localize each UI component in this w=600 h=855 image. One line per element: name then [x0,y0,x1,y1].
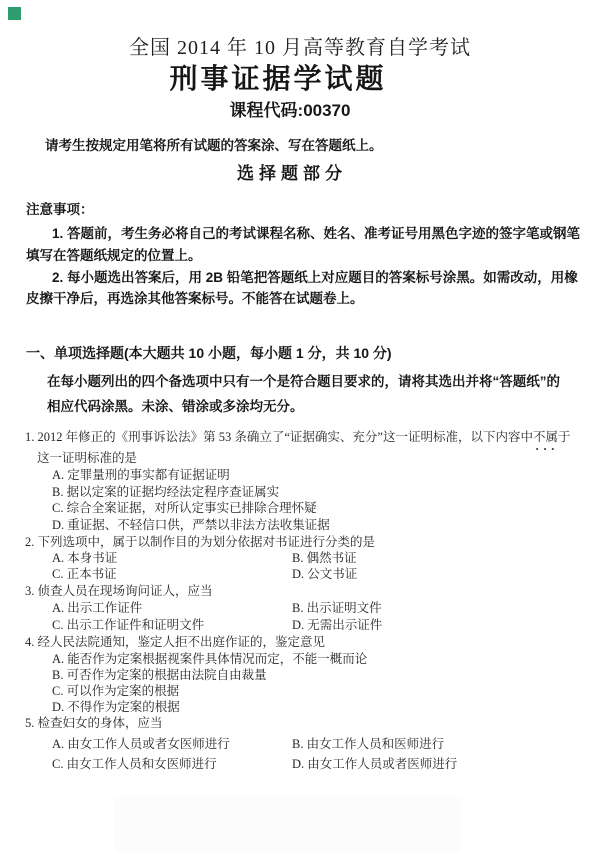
question-3-option-a: A. 出示工作证件 [52,601,142,617]
question-1-option-d: D. 重证据、不轻信口供，严禁以非法方法收集证据 [52,518,330,534]
question-3-option-d: D. 无需出示证件 [292,618,382,634]
question-5-option-b: B. 由女工作人员和医师进行 [292,737,444,753]
question-2-option-b: B. 偶然书证 [292,551,357,567]
question-5-stem: 5. 检查妇女的身体，应当 [25,716,163,732]
question-2-option-a: A. 本身书证 [52,551,117,567]
question-5-option-d: D. 由女工作人员或者医师进行 [292,757,457,773]
question-2-option-d: D. 公文书证 [292,567,357,583]
question-4-stem: 4. 经人民法院通知，鉴定人拒不出庭作证的，鉴定意见 [25,635,325,651]
question-3-option-c: C. 出示工作证件和证明文件 [52,618,204,634]
part-title: 选择题部分 [0,163,592,184]
notes-heading: 注意事项： [26,202,94,219]
section1-instruction-line1: 在每小题列出的四个备选项中只有一个是符合题目要求的，请将其选出并将“答题纸”的 [47,374,560,391]
question-2-option-c: C. 正本书证 [52,567,117,583]
question-5-option-a: A. 由女工作人员或者女医师进行 [52,737,230,753]
question-3-stem: 3. 侦查人员在现场询问证人，应当 [25,584,213,600]
course-code: 课程代码:00370 [0,100,590,121]
note-item1-line2: 填写在答题纸规定的位置上。 [26,248,202,265]
question-4-option-c: C. 可以作为定案的根据 [52,684,179,700]
question-1-stem-emphasis: 不属于 [533,430,571,446]
exam-paper-page: 全国 2014 年 10 月高等教育自学考试 刑事证据学试题 课程代码:0037… [0,0,600,855]
section1-instruction-line2: 相应代码涂黑。未涂、错涂或多涂均无分。 [47,399,304,416]
scan-artifact [115,797,460,852]
question-3-option-b: B. 出示证明文件 [292,601,382,617]
pen-notice: 请考生按规定用笔将所有试题的答案涂、写在答题纸上。 [45,138,383,155]
question-1-option-a: A. 定罪量刑的事实都有证据证明 [52,468,230,484]
paper-title: 刑事证据学试题 [0,61,578,96]
question-4-option-d: D. 不得作为定案的根据 [52,700,180,716]
section1-heading: 一、单项选择题(本大题共 10 小题，每小题 1 分，共 10 分) [26,345,392,363]
question-5-option-c: C. 由女工作人员和女医师进行 [52,757,217,773]
question-1-option-b: B. 据以定案的证据均经法定程序查证属实 [52,485,279,501]
note-item1-line1: 1. 答题前，考生务必将自己的考试课程名称、姓名、准考证号用黑色字迹的签字笔或钢… [52,226,580,243]
question-1-stem-line2: 这一证明标准的是 [37,451,137,467]
note-item2-line1: 2. 每小题选出答案后，用 2B 铅笔把答题纸上对应题目的答案标号涂黑。如需改动… [52,270,578,287]
question-1-option-c: C. 综合全案证据，对所认定事实已排除合理怀疑 [52,501,317,517]
question-1-stem-line1: 1. 2012 年修正的《刑事诉讼法》第 53 条确立了“证据确实、充分”这一证… [25,430,571,446]
question-4-option-a: A. 能否作为定案根据视案件具体情况而定，不能一概而论 [52,652,367,668]
question-2-stem: 2. 下列选项中，属于以制作目的为划分依据对书证进行分类的是 [25,535,375,551]
corner-marker [8,7,21,20]
note-item2-line2: 皮擦干净后，再选涂其他答案标号。不能答在试题卷上。 [26,291,364,308]
exam-session-title: 全国 2014 年 10 月高等教育自学考试 [0,36,600,61]
question-4-option-b: B. 可否作为定案的根据由法院自由裁量 [52,668,267,684]
question-1-stem-pre: 1. 2012 年修正的《刑事诉讼法》第 53 条确立了“证据确实、充分”这一证… [25,430,533,444]
